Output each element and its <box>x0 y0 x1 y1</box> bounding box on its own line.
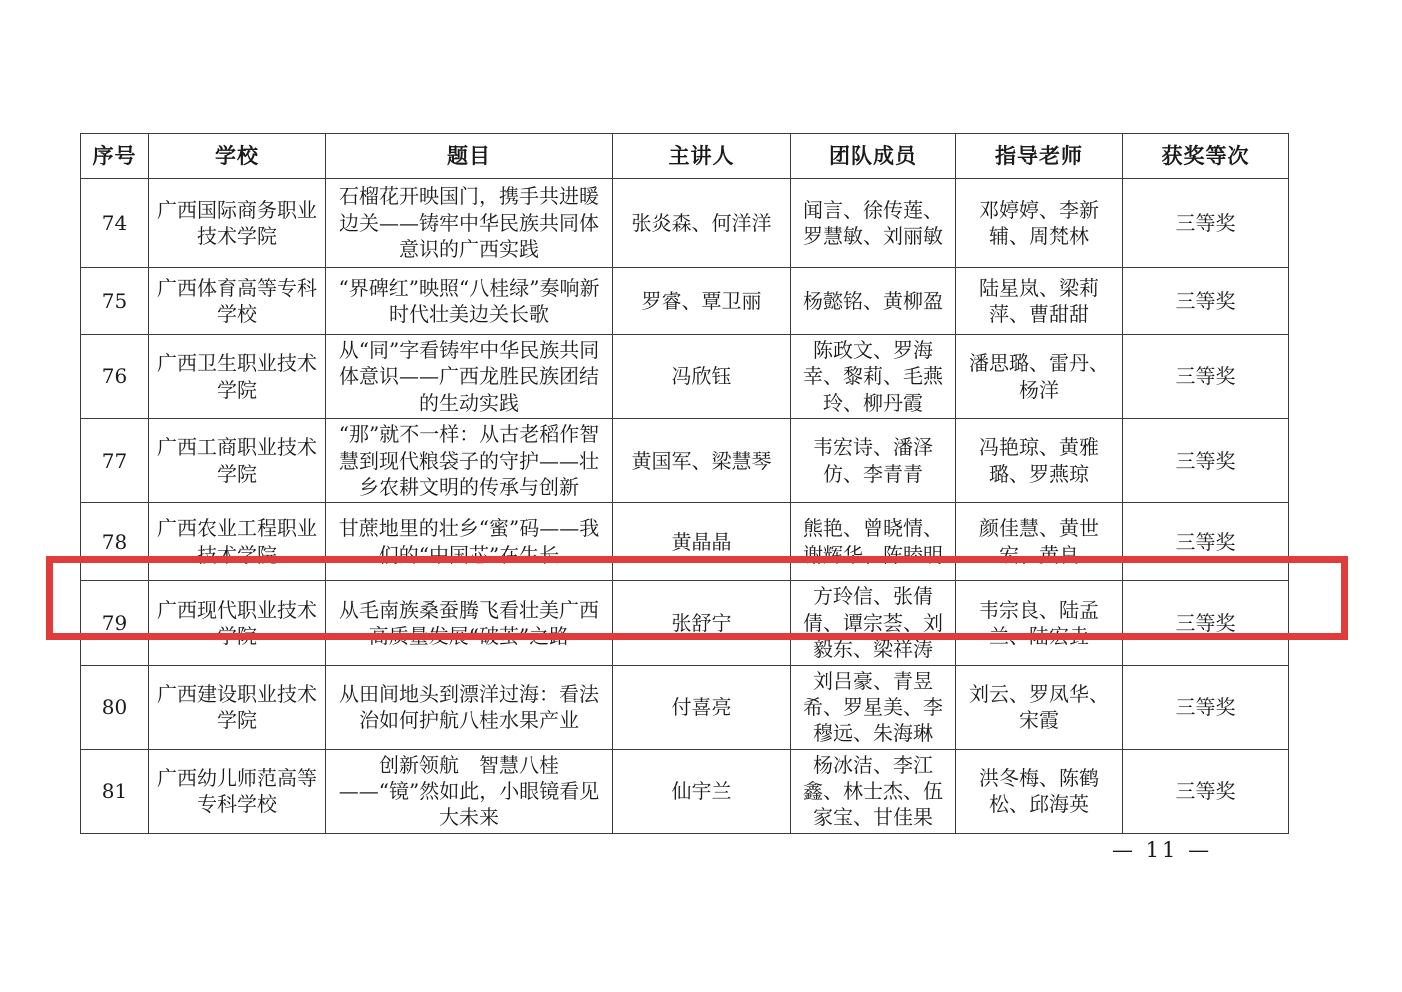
cell-school: 广西国际商务职业技术学院 <box>149 179 326 268</box>
cell-speaker: 罗睿、覃卫丽 <box>613 268 791 335</box>
cell-team: 方玲信、张倩倩、谭宗荟、刘毅东、梁祥涛 <box>791 581 956 665</box>
cell-award: 三等奖 <box>1123 419 1289 503</box>
cell-speaker: 张炎森、何洋洋 <box>613 179 791 268</box>
cell-award: 三等奖 <box>1123 335 1289 419</box>
cell-school: 广西幼儿师范高等专科学校 <box>149 749 326 833</box>
cell-team: 熊艳、曾晓情、谢辉华、陈睦明 <box>791 503 956 581</box>
column-header-team: 团队成员 <box>791 134 956 179</box>
cell-award: 三等奖 <box>1123 581 1289 665</box>
cell-speaker: 张舒宁 <box>613 581 791 665</box>
cell-serial: 78 <box>81 503 149 581</box>
cell-award: 三等奖 <box>1123 179 1289 268</box>
column-header-title: 题目 <box>326 134 613 179</box>
column-header-school: 学校 <box>149 134 326 179</box>
cell-speaker: 黄国军、梁慧琴 <box>613 419 791 503</box>
cell-school: 广西卫生职业技术学院 <box>149 335 326 419</box>
cell-award: 三等奖 <box>1123 268 1289 335</box>
cell-team: 杨冰洁、李江鑫、林士杰、伍家宝、甘佳果 <box>791 749 956 833</box>
table-row-75: 75 广西体育高等专科学校 “界碑红”映照“八桂绿”奏响新时代壮美边关长歌 罗睿… <box>81 268 1289 335</box>
column-header-advisors: 指导老师 <box>956 134 1123 179</box>
cell-title: 从田间地头到漂洋过海：看法治如何护航八桂水果产业 <box>326 665 613 749</box>
cell-advisors: 潘思璐、雷丹、杨洋 <box>956 335 1123 419</box>
cell-school: 广西体育高等专科学校 <box>149 268 326 335</box>
cell-advisors: 洪冬梅、陈鹤松、邱海英 <box>956 749 1123 833</box>
cell-school: 广西农业工程职业技术学院 <box>149 503 326 581</box>
cell-speaker: 黄晶晶 <box>613 503 791 581</box>
cell-advisors: 颜佳慧、黄世宏、黄良 <box>956 503 1123 581</box>
column-header-serial: 序号 <box>81 134 149 179</box>
cell-title: 甘蔗地里的壮乡“蜜”码——我们的“中国芯”在生长 <box>326 503 613 581</box>
page-number: — 11 — <box>1112 838 1212 862</box>
table-row-76: 76 广西卫生职业技术学院 从“同”字看铸牢中华民族共同体意识——广西龙胜民族团… <box>81 335 1289 419</box>
cell-advisors: 冯艳琼、黄雅璐、罗燕琼 <box>956 419 1123 503</box>
cell-title: 从毛南族桑蚕腾飞看壮美广西高质量发展“破茧”之路 <box>326 581 613 665</box>
cell-speaker: 仙宇兰 <box>613 749 791 833</box>
cell-serial: 76 <box>81 335 149 419</box>
cell-team: 刘吕豪、青昱希、罗星美、李穆远、朱海琳 <box>791 665 956 749</box>
cell-serial: 77 <box>81 419 149 503</box>
awards-table: 序号 学校 题目 主讲人 团队成员 指导老师 获奖等次 74 广西国际商务职业技… <box>80 133 1289 834</box>
cell-title: 创新领航 智慧八桂——“镜”然如此，小眼镜看见大未来 <box>326 749 613 833</box>
column-header-award: 获奖等次 <box>1123 134 1289 179</box>
cell-serial: 80 <box>81 665 149 749</box>
cell-serial: 81 <box>81 749 149 833</box>
table-row-80: 80 广西建设职业技术学院 从田间地头到漂洋过海：看法治如何护航八桂水果产业 付… <box>81 665 1289 749</box>
cell-school: 广西建设职业技术学院 <box>149 665 326 749</box>
cell-team: 陈政文、罗海幸、黎莉、毛燕玲、柳丹霞 <box>791 335 956 419</box>
cell-title: 石榴花开映国门，携手共进暖边关——铸牢中华民族共同体意识的广西实践 <box>326 179 613 268</box>
cell-serial: 79 <box>81 581 149 665</box>
table-row-74: 74 广西国际商务职业技术学院 石榴花开映国门，携手共进暖边关——铸牢中华民族共… <box>81 179 1289 268</box>
cell-title: 从“同”字看铸牢中华民族共同体意识——广西龙胜民族团结的生动实践 <box>326 335 613 419</box>
cell-serial: 74 <box>81 179 149 268</box>
cell-advisors: 陆星岚、梁莉萍、曹甜甜 <box>956 268 1123 335</box>
cell-advisors: 刘云、罗凤华、宋霞 <box>956 665 1123 749</box>
cell-team: 韦宏诗、潘泽仿、李青青 <box>791 419 956 503</box>
header-row: 序号 学校 题目 主讲人 团队成员 指导老师 获奖等次 <box>81 134 1289 179</box>
table-row-81: 81 广西幼儿师范高等专科学校 创新领航 智慧八桂——“镜”然如此，小眼镜看见大… <box>81 749 1289 833</box>
cell-team: 杨懿铭、黄柳盈 <box>791 268 956 335</box>
cell-title: “那”就不一样：从古老稻作智慧到现代粮袋子的守护——壮乡农耕文明的传承与创新 <box>326 419 613 503</box>
cell-speaker: 冯欣钰 <box>613 335 791 419</box>
cell-award: 三等奖 <box>1123 665 1289 749</box>
table-row-78: 78 广西农业工程职业技术学院 甘蔗地里的壮乡“蜜”码——我们的“中国芯”在生长… <box>81 503 1289 581</box>
column-header-speaker: 主讲人 <box>613 134 791 179</box>
document-page: 序号 学校 题目 主讲人 团队成员 指导老师 获奖等次 74 广西国际商务职业技… <box>0 0 1402 992</box>
cell-serial: 75 <box>81 268 149 335</box>
table-row-79-highlighted: 79 广西现代职业技术学院 从毛南族桑蚕腾飞看壮美广西高质量发展“破茧”之路 张… <box>81 581 1289 665</box>
cell-award: 三等奖 <box>1123 503 1289 581</box>
cell-speaker: 付喜亮 <box>613 665 791 749</box>
cell-advisors: 韦宗良、陆孟兰、陆宏垚 <box>956 581 1123 665</box>
cell-award: 三等奖 <box>1123 749 1289 833</box>
cell-advisors: 邓婷婷、李新辅、周梵林 <box>956 179 1123 268</box>
cell-school: 广西现代职业技术学院 <box>149 581 326 665</box>
cell-school: 广西工商职业技术学院 <box>149 419 326 503</box>
cell-title: “界碑红”映照“八桂绿”奏响新时代壮美边关长歌 <box>326 268 613 335</box>
table-row-77: 77 广西工商职业技术学院 “那”就不一样：从古老稻作智慧到现代粮袋子的守护——… <box>81 419 1289 503</box>
cell-team: 闻言、徐传莲、罗慧敏、刘丽敏 <box>791 179 956 268</box>
